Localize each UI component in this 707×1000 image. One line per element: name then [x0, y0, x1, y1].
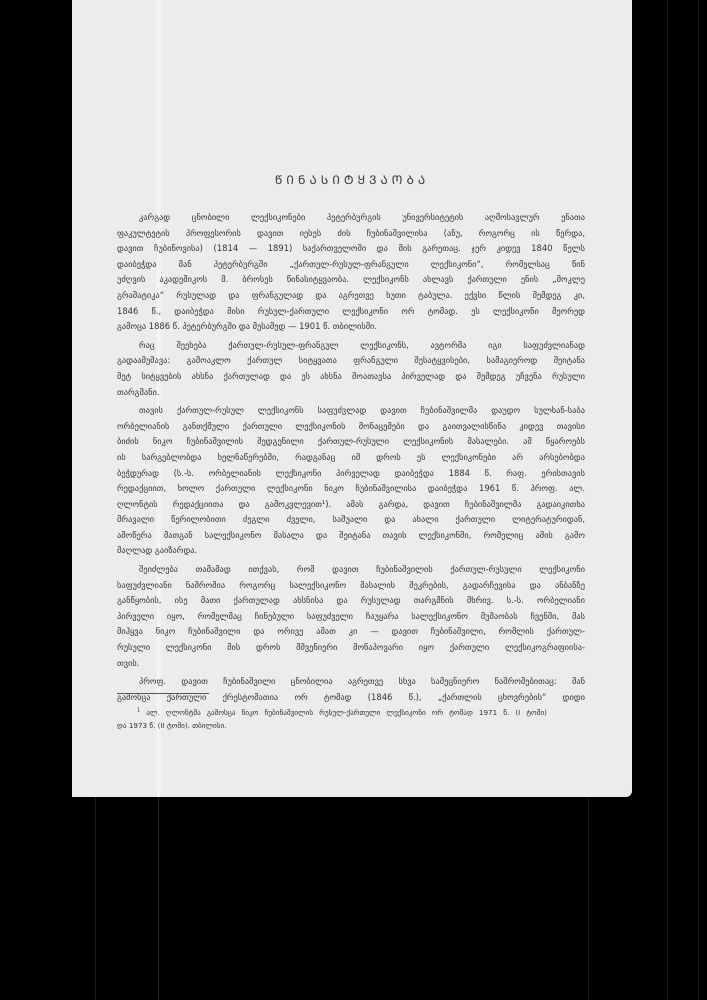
text-line: მიჰყვა ნიკო ჩუბინაშვილი და ორივე ამათ კი… — [117, 624, 585, 640]
page-title: ᲬᲘᲜᲐᲡᲘᲢᲧᲕᲐᲝᲑᲐ — [72, 171, 632, 188]
text-line: უძღვის აკადემიკოს მ. ბროსეს წინასიტყვაობ… — [117, 272, 585, 288]
text-line: ბეჭდურად (ს.-ს. ორბელიანის ლექსიკონი პირ… — [117, 466, 585, 482]
footnote-divider — [117, 693, 209, 694]
text-line: პირველი იყო, რომელმაც ჩინებული საფუძველი… — [117, 609, 585, 625]
text-line: მრავალი წერილობითი ძეგლი ძველი, საშუალი … — [117, 512, 585, 528]
paragraph: შეიძლება თამამად ითქვას, რომ დავით ჩუბინ… — [117, 562, 585, 671]
footnote-marker: 1 — [137, 708, 140, 714]
text-line: თავის ქართულ-რუსულ ლექსიკონს საფუძვლად დ… — [117, 403, 585, 419]
text-line: ის სარგებლობდა ხელნაწერებში, რადგანაც იმ… — [117, 450, 585, 466]
scan-artifact-stripe — [698, 0, 699, 1000]
scanned-page: ᲬᲘᲜᲐᲡᲘᲢᲧᲕᲐᲝᲑᲐ კარგად ცნობილი ლექსიკონები… — [72, 0, 632, 797]
footnote: 1 ალ. ღლონტმა გამოსცა ნიკო ჩუბინაშვილის … — [117, 706, 547, 732]
scan-artifact-stripe — [667, 0, 668, 1000]
text-line: გამოცა 1886 წ. პეტერბურგში და მესამედ — … — [117, 319, 585, 335]
paragraph: თავის ქართულ-რუსულ ლექსიკონს საფუძვლად დ… — [117, 403, 585, 559]
text-line: რაც შეეხება ქართულ-რუსულ-ფრანგულ ლექსიკო… — [117, 338, 585, 354]
text-line: ფაკულტეტის პროფესორის დავით იესეს ძის ჩუ… — [117, 226, 585, 242]
text-line: ბიძის ნიკო ჩუბინაშვილის შედგენილი ქართულ… — [117, 434, 585, 450]
body-text: კარგად ცნობილი ლექსიკონები პეტერბურგის უ… — [117, 210, 585, 708]
text-line: კარგად ცნობილი ლექსიკონები პეტერბურგის უ… — [117, 210, 585, 226]
text-line: ორბელიანის განთქმული ქართული ლექსიკონის … — [117, 419, 585, 435]
text-line: თარგმანი. — [117, 385, 585, 401]
text-line: 1846 წ., დაიბეჭდა მისი რუსულ-ქართული ლექ… — [117, 304, 585, 320]
text-line: რუსული ლექსიკონი მის დროს მშვენიერი მონა… — [117, 640, 585, 656]
text-line: მაღლად გაიზარდა. — [117, 543, 585, 559]
text-line: რედაქციით, ხოლო ქართული ლექსიკონი ნიკო ჩ… — [117, 481, 585, 497]
text-line: პროფ. დავით ჩუბინაშვილი ცნობილია აგრეთვე… — [117, 674, 585, 690]
text-line: ღლონტის რედაქციითა და გამოკვლევით¹). ამა… — [117, 497, 585, 513]
text-line: დავით ჩუბინოვისა) (1814 — 1891) საქართვე… — [117, 241, 585, 257]
text-line: განწყობის, ისე მათი ქართულად ახსნისა და … — [117, 593, 585, 609]
text-line: გადაამუშავა: გამოაკლო ქართულ სიტყვათა ფრ… — [117, 353, 585, 369]
footnote-line: 1 ალ. ღლონტმა გამოსცა ნიკო ჩუბინაშვილის … — [117, 706, 547, 719]
footnote-text: და 1973 წ. (II ტომი). თბილისი. — [117, 721, 227, 730]
paragraph: კარგად ცნობილი ლექსიკონები პეტერბურგის უ… — [117, 210, 585, 335]
paragraph: პროფ. დავით ჩუბინაშვილი ცნობილია აგრეთვე… — [117, 674, 585, 705]
text-line: შეიძლება თამამად ითქვას, რომ დავით ჩუბინ… — [117, 562, 585, 578]
text-line: საფუძვლიანი ნაშრომია როგორც სალექსიკონო … — [117, 578, 585, 594]
text-line: ამოწერა მათგან სალექსიკონო მასალა და შეი… — [117, 528, 585, 544]
text-line: მეტ სიტყვების ახსნა ქართულად და ეს ახსნა… — [117, 369, 585, 385]
text-line: თვის. — [117, 656, 585, 672]
text-line: დაიბეჭდა მან პეტერბურგში „ქართულ-რუსულ-ფ… — [117, 257, 585, 273]
text-line: გრამატიკა“ რუსულად და ფრანგულად და აგრეთ… — [117, 288, 585, 304]
footnote-line: და 1973 წ. (II ტომი). თბილისი. — [117, 719, 547, 732]
footnote-text: ალ. ღლონტმა გამოსცა ნიკო ჩუბინაშვილის რუ… — [146, 708, 547, 717]
paragraph: რაც შეეხება ქართულ-რუსულ-ფრანგულ ლექსიკო… — [117, 338, 585, 400]
